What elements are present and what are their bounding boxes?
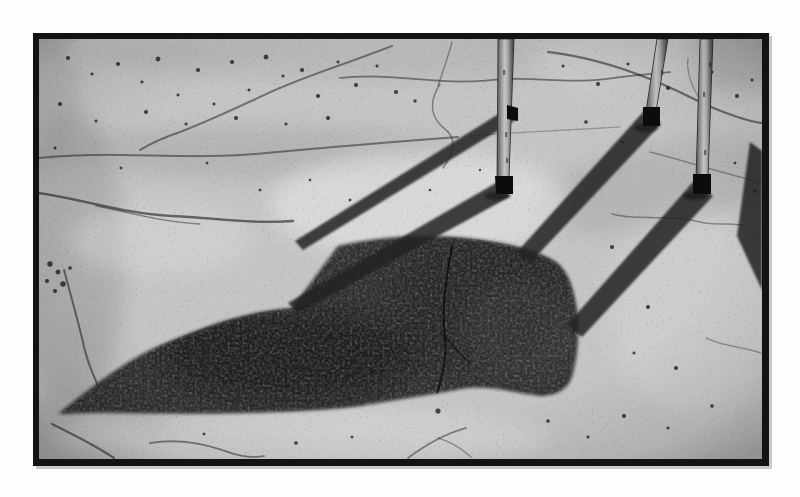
vignette [39,39,762,459]
photo-frame-border [33,33,769,466]
screenshot-root [0,0,800,497]
photo-area [39,39,762,459]
photo-svg [39,39,762,459]
